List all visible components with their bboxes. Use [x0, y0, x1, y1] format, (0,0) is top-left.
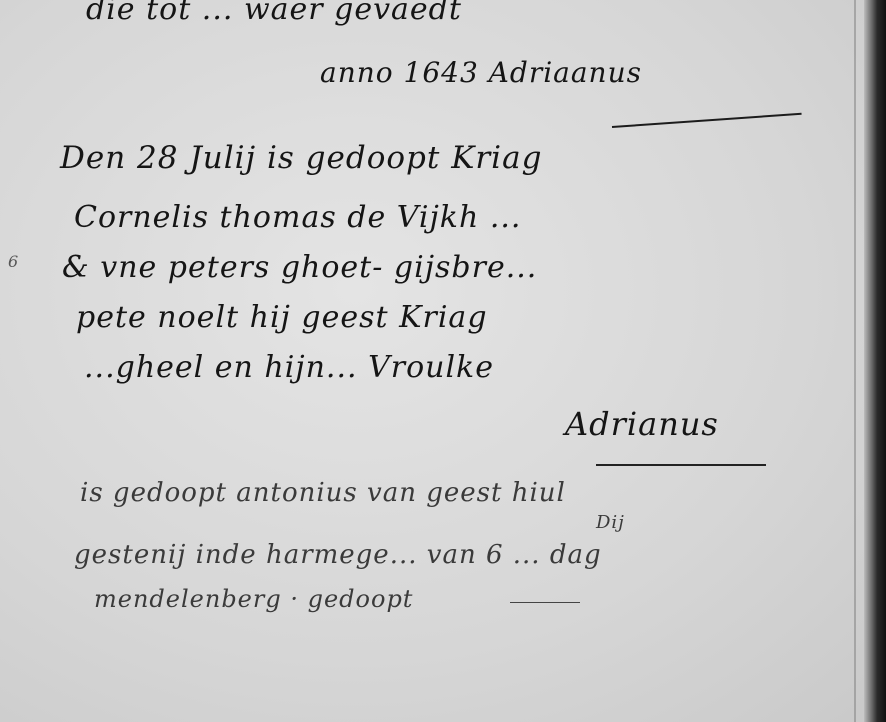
- manuscript-page: die tot ... waer gevaedt anno 1643 Adria…: [0, 0, 886, 722]
- text-line-5: & vne peters ghoet- gijsbre...: [62, 250, 537, 285]
- text-line-8-signature: Adrianus: [565, 405, 719, 443]
- text-line-4: Cornelis thomas de Vijkh ...: [74, 200, 521, 235]
- signature-underline-2: [596, 464, 766, 466]
- text-line-11: mendelenberg · gedoopt: [94, 585, 413, 613]
- text-line-10: gestenij inde harmege... van 6 ... dag: [74, 540, 602, 570]
- text-line-2-date-signature: anno 1643 Adriaanus: [320, 56, 642, 89]
- text-line-1: die tot ... waer gevaedt: [86, 0, 462, 27]
- signature-underline-1: [612, 113, 802, 128]
- text-line-9: is gedoopt antonius van geest hiul: [80, 478, 566, 508]
- margin-mark: 6: [8, 252, 18, 271]
- closing-stroke: [510, 602, 580, 603]
- text-line-3: Den 28 Julij is gedoopt Kriag: [60, 140, 542, 176]
- page-edge: [854, 0, 856, 722]
- text-line-7: ...gheel en hijn... Vroulke: [84, 350, 494, 385]
- interlinear-note: Dij: [596, 512, 625, 533]
- book-binding: [864, 0, 886, 722]
- text-line-6: pete noelt hij geest Kriag: [76, 300, 488, 335]
